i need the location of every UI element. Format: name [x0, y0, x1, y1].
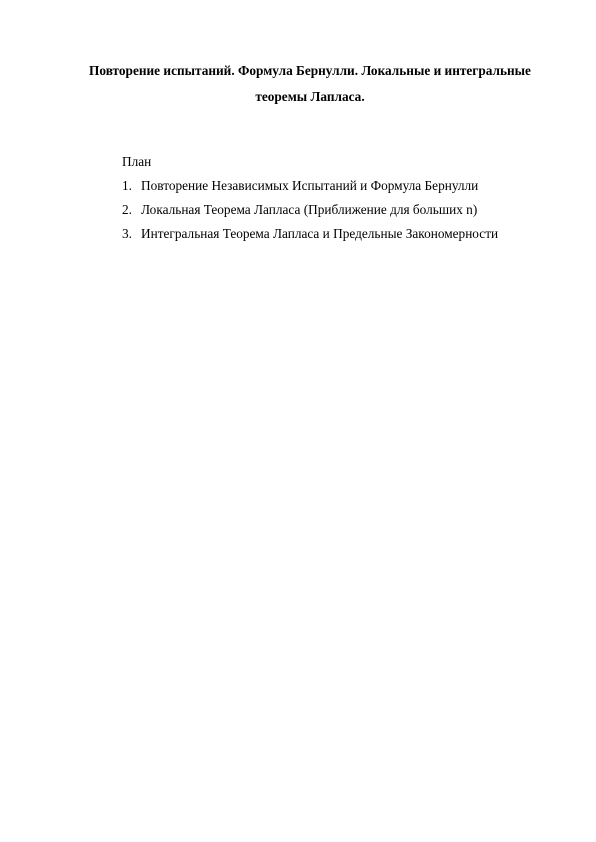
plan-item: 1.Повторение Независимых Испытаний и Фор…	[122, 176, 498, 200]
plan-item-number: 2.	[122, 200, 141, 220]
plan-item: 3.Интегральная Теорема Лапласа и Предель…	[122, 224, 498, 248]
plan-item-text: Локальная Теорема Лапласа (Приближение д…	[141, 202, 477, 217]
plan-item-text: Интегральная Теорема Лапласа и Предельны…	[141, 226, 498, 241]
title-line-2: теоремы Лапласа.	[255, 89, 364, 104]
plan-list: 1.Повторение Независимых Испытаний и Фор…	[122, 176, 498, 248]
plan-item-text: Повторение Независимых Испытаний и Форму…	[141, 178, 478, 193]
plan-item-number: 3.	[122, 224, 141, 244]
plan-item: 2.Локальная Теорема Лапласа (Приближение…	[122, 200, 498, 224]
plan-heading: План	[122, 152, 151, 172]
plan-item-number: 1.	[122, 176, 141, 196]
title-line-1: Повторение испытаний. Формула Бернулли. …	[89, 63, 531, 78]
document-page: Повторение испытаний. Формула Бернулли. …	[0, 0, 596, 842]
document-title: Повторение испытаний. Формула Бернулли. …	[60, 58, 560, 110]
